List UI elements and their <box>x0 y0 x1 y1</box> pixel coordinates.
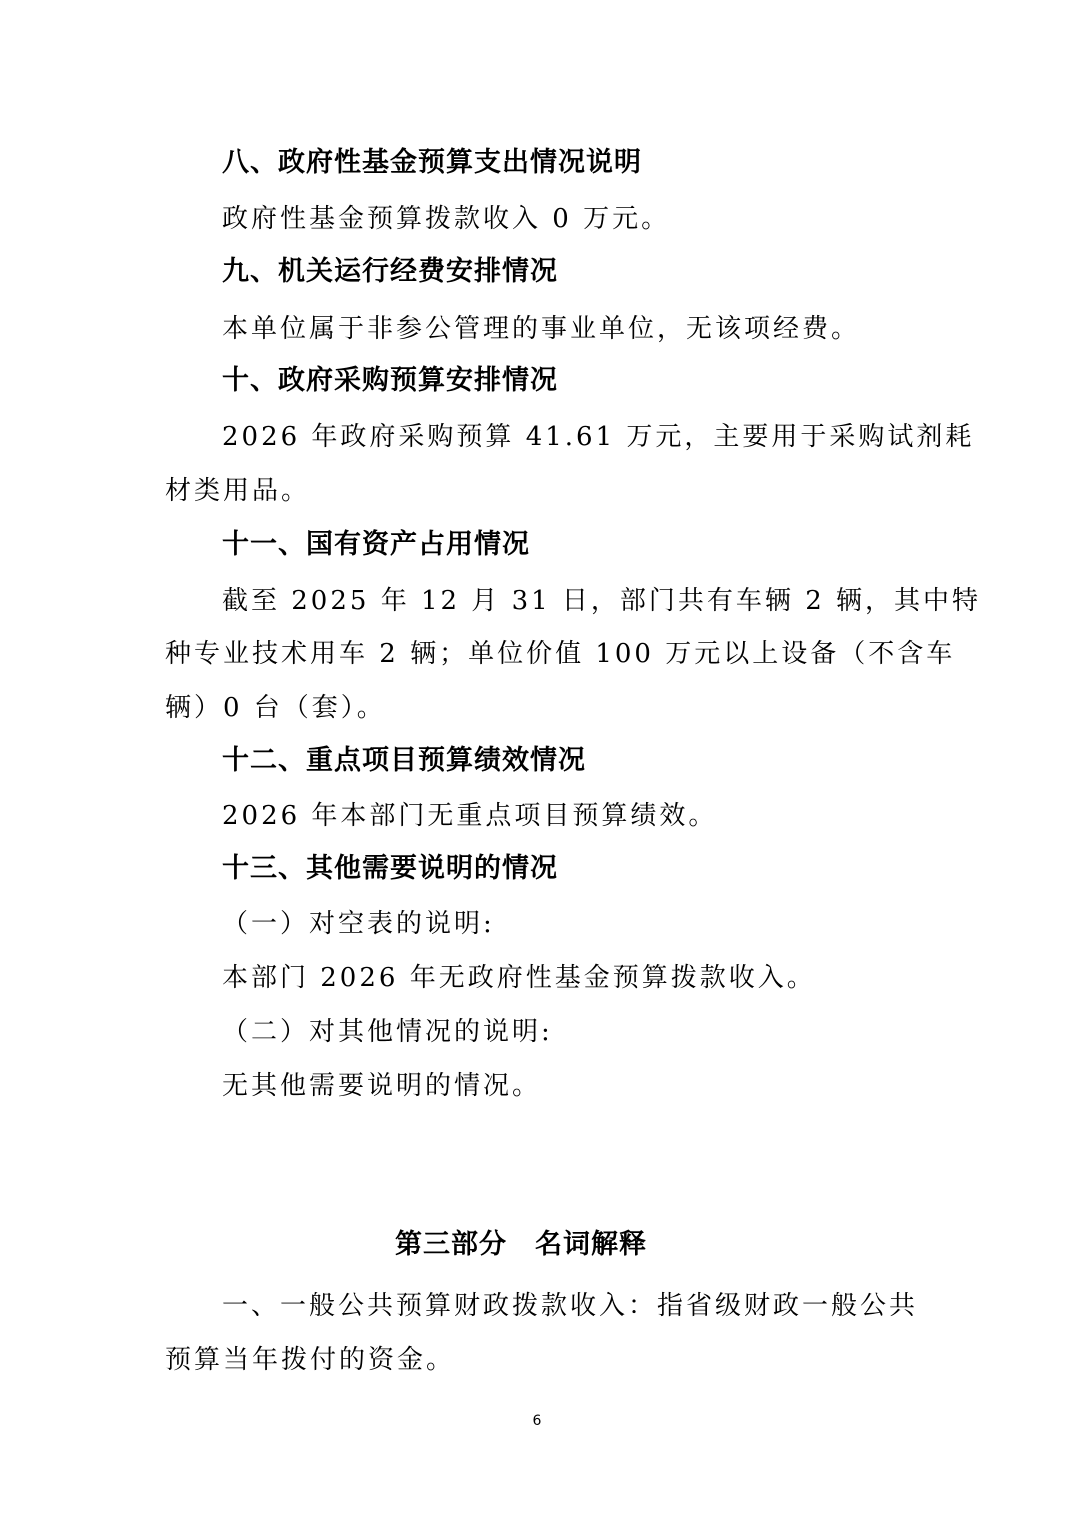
definition-1-line-2: 预算当年拨付的资金。 <box>165 1343 455 1377</box>
other-note-text: 无其他需要说明的情况。 <box>222 1069 541 1103</box>
other-note-heading: （二）对其他情况的说明: <box>222 1015 553 1049</box>
section-10-paragraph-line-1: 2026 年政府采购预算 41.61 万元，主要用于采购试剂耗 <box>222 420 974 454</box>
section-heading-9: 九、机关运行经费安排情况 <box>222 255 558 289</box>
section-heading-8: 八、政府性基金预算支出情况说明 <box>222 146 642 180</box>
part-title: 第三部分 名词解释 <box>395 1228 647 1262</box>
section-heading-10: 十、政府采购预算安排情况 <box>222 364 558 398</box>
section-11-paragraph-line-3: 辆）0 台（套）。 <box>165 691 386 725</box>
section-12-paragraph: 2026 年本部门无重点项目预算绩效。 <box>222 799 717 833</box>
section-heading-13: 十三、其他需要说明的情况 <box>222 852 558 886</box>
section-11-paragraph-line-1: 截至 2025 年 12 月 31 日，部门共有车辆 2 辆，其中特 <box>222 584 981 618</box>
definition-1-line-1: 一、一般公共预算财政拨款收入：指省级财政一般公共 <box>222 1289 918 1323</box>
section-heading-11: 十一、国有资产占用情况 <box>222 528 530 562</box>
section-heading-12: 十二、重点项目预算绩效情况 <box>222 744 586 778</box>
page-number: 6 <box>0 1413 1074 1429</box>
section-9-paragraph: 本单位属于非参公管理的事业单位，无该项经费。 <box>222 312 860 346</box>
section-11-paragraph-line-2: 种专业技术用车 2 辆；单位价值 100 万元以上设备（不含车 <box>165 637 955 671</box>
section-10-paragraph-line-2: 材类用品。 <box>165 474 310 508</box>
empty-table-note-text: 本部门 2026 年无政府性基金预算拨款收入。 <box>222 961 816 995</box>
section-8-paragraph: 政府性基金预算拨款收入 0 万元。 <box>222 202 670 236</box>
document-page: 八、政府性基金预算支出情况说明 政府性基金预算拨款收入 0 万元。 九、机关运行… <box>0 0 1074 1520</box>
empty-table-note-heading: （一）对空表的说明: <box>222 907 495 941</box>
